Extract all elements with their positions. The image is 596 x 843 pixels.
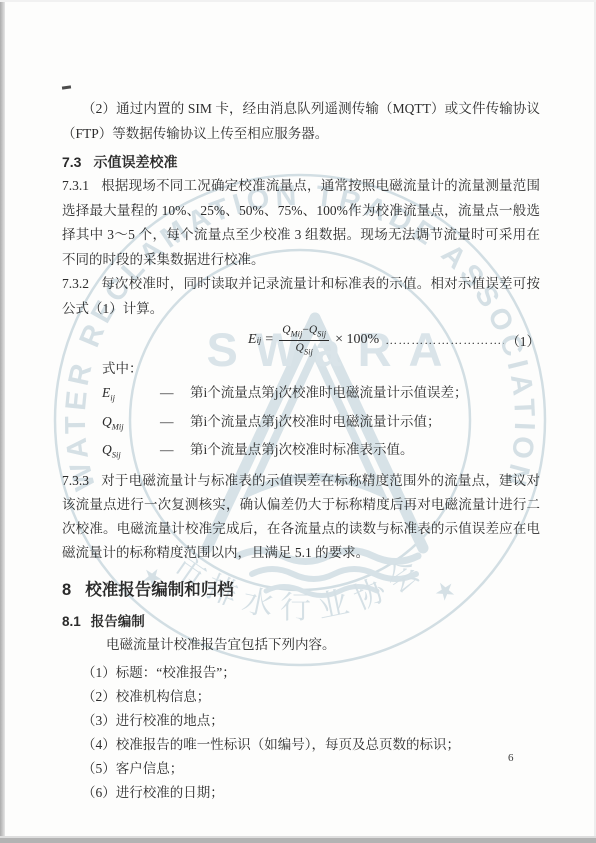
section-title: 报告编制	[91, 614, 145, 629]
section-number: 7.3	[62, 154, 93, 170]
report-item-list: （1）标题：“校准报告”； （2）校准机构信息； （3）进行校准的地点； （4）…	[62, 661, 540, 805]
report-item: （2）校准机构信息；	[82, 685, 540, 709]
definition-row-qsij: QSij — 第i个流量点第j次校准时标准表示值。	[62, 438, 540, 467]
section-number: 8	[62, 581, 85, 599]
clause-7-3-1: 7.3.1根据现场不同工况确定校准流量点，通常按照电磁流量计的流量测量范围选择最…	[62, 174, 540, 272]
definition-dash: —	[160, 381, 190, 404]
fraction-numerator: QMij−QSij	[279, 324, 329, 340]
formula-lhs: E	[248, 332, 257, 348]
document-content: （2）通过内置的 SIM 卡，经由消息队列遥测传输（MQTT）或文件传输协议（F…	[62, 96, 540, 805]
definition-text: 第i个流量点第j次校准时标准表示值。	[190, 438, 540, 461]
page-number: 6	[508, 752, 514, 764]
section-title: 校准报告编制和归档	[85, 581, 234, 599]
paragraph-sim-upload: （2）通过内置的 SIM 卡，经由消息队列遥测传输（MQTT）或文件传输协议（F…	[62, 96, 540, 146]
definition-symbol: QMij	[102, 410, 160, 439]
scan-edge-bottom	[0, 838, 596, 843]
scanned-document-page: SWaRA WATER RECLAMATION TRADE ASSOCIATIO…	[0, 0, 596, 843]
report-item: （5）客户信息；	[82, 757, 540, 781]
formula-dot-leader: ……………………………………………………	[385, 333, 504, 348]
report-item: （4）校准报告的唯一性标识（如编号），每页及总页数的标识；	[82, 733, 540, 757]
definition-text: 第i个流量点第j次校准时电磁流量计示值；	[190, 410, 540, 433]
clause-text: 每次校准时，同时读取并记录流量计和标准表的示值。相对示值误差可按公式（1）计算。	[62, 276, 540, 316]
clause-number: 7.3.3	[62, 473, 101, 488]
fraction-denominator: QSij	[279, 341, 329, 356]
formula-lhs-subscript: ij	[257, 335, 262, 345]
scan-edge-left	[0, 0, 5, 843]
formula-multiplier: × 100%	[335, 332, 379, 348]
section-title: 示值误差校准	[93, 154, 177, 170]
formula-1: Eij = QMij−QSij QSij × 100% …………………………………	[62, 325, 540, 355]
formula-fraction: QMij−QSij QSij	[279, 324, 329, 356]
report-item: （6）进行校准的日期；	[82, 781, 540, 805]
clause-text: 对于电磁流量计与标准表的示值误差在标称精度范围外的流量点，建议对该流量点进行一次…	[62, 473, 540, 560]
section-number: 8.1	[62, 614, 91, 629]
where-label: 式中：	[62, 357, 540, 381]
report-item: （3）进行校准的地点；	[82, 709, 540, 733]
section-7-3-heading: 7.3示值误差校准	[62, 152, 540, 172]
definition-row-qmij: QMij — 第i个流量点第j次校准时电磁流量计示值；	[62, 410, 540, 439]
clause-number: 7.3.1	[62, 178, 101, 193]
scan-edge-top	[0, 0, 596, 2]
equals-sign: =	[265, 332, 273, 348]
formula-number: （1）	[506, 330, 540, 350]
clause-7-3-2: 7.3.2每次校准时，同时读取并记录流量计和标准表的示值。相对示值误差可按公式（…	[62, 272, 540, 321]
clause-number: 7.3.2	[62, 276, 101, 291]
section-8-heading: 8校准报告编制和归档	[62, 579, 540, 601]
report-intro: 电磁流量计校准报告宜包括下列内容。	[62, 633, 540, 657]
definition-dash: —	[160, 438, 190, 461]
section-8-1-heading: 8.1报告编制	[62, 613, 540, 631]
clause-text: 根据现场不同工况确定校准流量点，通常按照电磁流量计的流量测量范围选择最大量程的 …	[62, 178, 540, 267]
definition-symbol: Eij	[102, 381, 160, 410]
definition-text: 第i个流量点第j次校准时电磁流量计示值误差；	[190, 381, 540, 404]
report-item: （1）标题：“校准报告”；	[82, 661, 540, 685]
definition-dash: —	[160, 410, 190, 433]
clause-7-3-3: 7.3.3对于电磁流量计与标准表的示值误差在标称精度范围外的流量点，建议对该流量…	[62, 469, 540, 565]
definition-symbol: QSij	[102, 438, 160, 467]
definition-row-eij: Eij — 第i个流量点第j次校准时电磁流量计示值误差；	[62, 381, 540, 410]
